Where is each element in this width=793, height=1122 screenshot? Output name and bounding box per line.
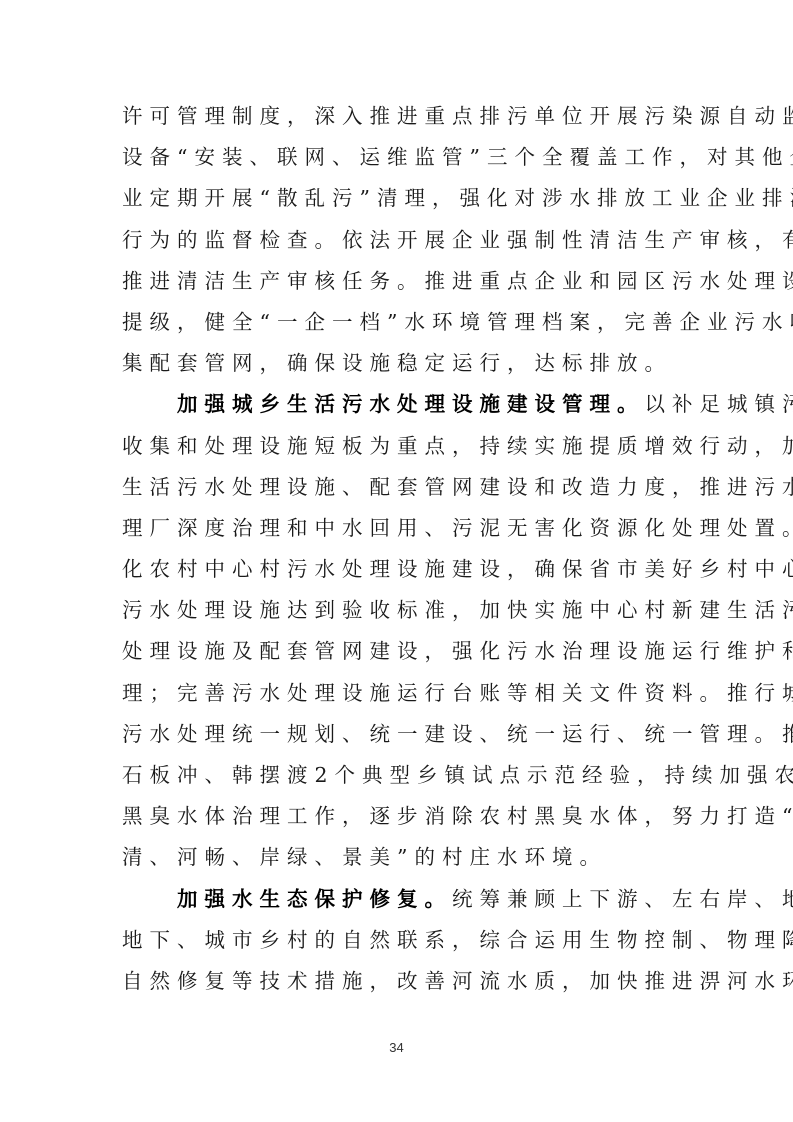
paragraph-heading: 加强水生态保护修复。 [177,887,452,911]
text-line: 设备“安装、联网、运维监管”三个全覆盖工作，对其他企 [122,137,674,178]
text-line: 化农村中心村污水处理设施建设，确保省市美好乡村中心村 [122,549,674,590]
paragraph-first-line: 加强城乡生活污水处理设施建设管理。以补足城镇污水 [122,384,674,425]
text-line: 推进清洁生产审核任务。推进重点企业和园区污水处理设施 [122,261,674,302]
text-line: 许可管理制度，深入推进重点排污单位开展污染源自动监控 [122,96,674,137]
paragraph-2: 加强城乡生活污水处理设施建设管理。以补足城镇污水 收集和处理设施短板为重点，持续… [122,384,674,878]
text-line: 清、河畅、岸绿、景美”的村庄水环境。 [122,837,674,878]
text-line: 处理设施及配套管网建设，强化污水治理设施运行维护和管 [122,631,674,672]
text-line: 地下、城市乡村的自然联系，综合运用生物控制、物理降解、 [122,920,674,961]
text-line: 理；完善污水处理设施运行台账等相关文件资料。推行城乡 [122,673,674,714]
text-line: 提级，健全“一企一档”水环境管理档案，完善企业污水收 [122,302,674,343]
document-page: 许可管理制度，深入推进重点排污单位开展污染源自动监控 设备“安装、联网、运维监管… [0,0,793,1122]
paragraph-first-line: 加强水生态保护修复。统筹兼顾上下游、左右岸、地上 [122,879,674,920]
text-line: 集配套管网，确保设施稳定运行，达标排放。 [122,343,674,384]
text-run: 统筹兼顾上下游、左右岸、地上 [452,887,793,911]
text-line: 黑臭水体治理工作，逐步消除农村黑臭水体，努力打造“水 [122,796,674,837]
text-line: 石板冲、韩摆渡2个典型乡镇试点示范经验，持续加强农村 [122,755,674,796]
body-text: 许可管理制度，深入推进重点排污单位开展污染源自动监控 设备“安装、联网、运维监管… [122,96,674,1002]
text-line: 污水处理设施达到验收标准，加快实施中心村新建生活污水 [122,590,674,631]
text-line: 生活污水处理设施、配套管网建设和改造力度，推进污水处 [122,467,674,508]
paragraph-1: 许可管理制度，深入推进重点排污单位开展污染源自动监控 设备“安装、联网、运维监管… [122,96,674,384]
text-line: 污水处理统一规划、统一建设、统一运行、统一管理。推广 [122,714,674,755]
paragraph-heading: 加强城乡生活污水处理设施建设管理。 [177,392,645,416]
text-line: 自然修复等技术措施，改善河流水质，加快推进淠河水环境 [122,961,674,1002]
text-line: 业定期开展“散乱污”清理，强化对涉水排放工业企业排污 [122,178,674,219]
text-run: 以补足城镇污水 [645,392,793,416]
text-line: 理厂深度治理和中水回用、污泥无害化资源化处理处置。强 [122,508,674,549]
text-line: 行为的监督检查。依法开展企业强制性清洁生产审核，有序 [122,220,674,261]
text-line: 收集和处理设施短板为重点，持续实施提质增效行动，加大 [122,426,674,467]
paragraph-3: 加强水生态保护修复。统筹兼顾上下游、左右岸、地上 地下、城市乡村的自然联系，综合… [122,879,674,1003]
page-number: 34 [0,1040,793,1055]
